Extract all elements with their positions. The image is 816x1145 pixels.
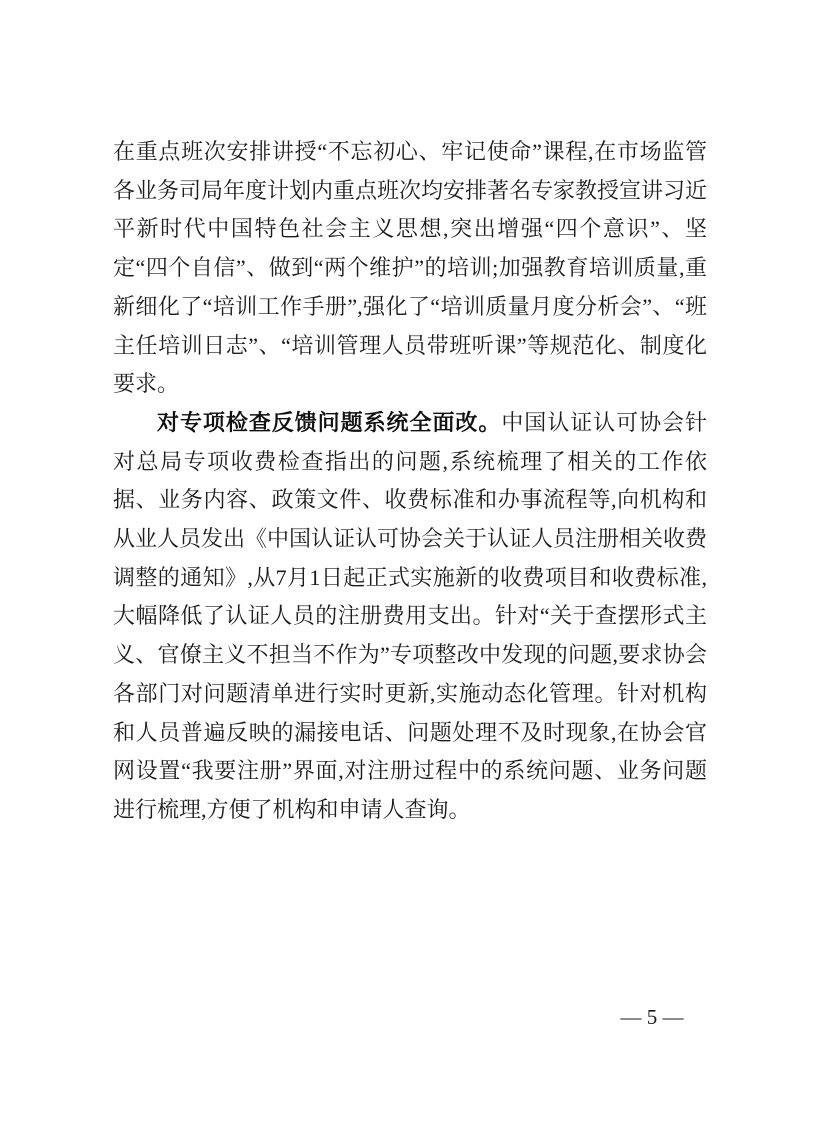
paragraph-bold-lead: 对专项检查反馈问题系统全面改。 [157, 410, 501, 435]
document-body: 在重点班次安排讲授“不忘初心、牢记使命”课程,在市场监管各业务司局年度计划内重点… [113, 133, 707, 830]
document-page: 在重点班次安排讲授“不忘初心、牢记使命”课程,在市场监管各业务司局年度计划内重点… [0, 0, 816, 1145]
paragraph-training-courses: 在重点班次安排讲授“不忘初心、牢记使命”课程,在市场监管各业务司局年度计划内重点… [113, 133, 707, 404]
page-number: — 5 — [621, 1005, 684, 1029]
paragraph-inspection-rectification: 对专项检查反馈问题系统全面改。中国认证认可协会针对总局专项收费检查指出的问题,系… [113, 404, 707, 830]
paragraph-text: 在重点班次安排讲授“不忘初心、牢记使命”课程,在市场监管各业务司局年度计划内重点… [113, 139, 707, 396]
page-footer: — 5 — [612, 1005, 692, 1030]
paragraph-text: 中国认证认可协会针对总局专项收费检查指出的问题,系统梳理了相关的工作依据、业务内… [113, 410, 707, 822]
